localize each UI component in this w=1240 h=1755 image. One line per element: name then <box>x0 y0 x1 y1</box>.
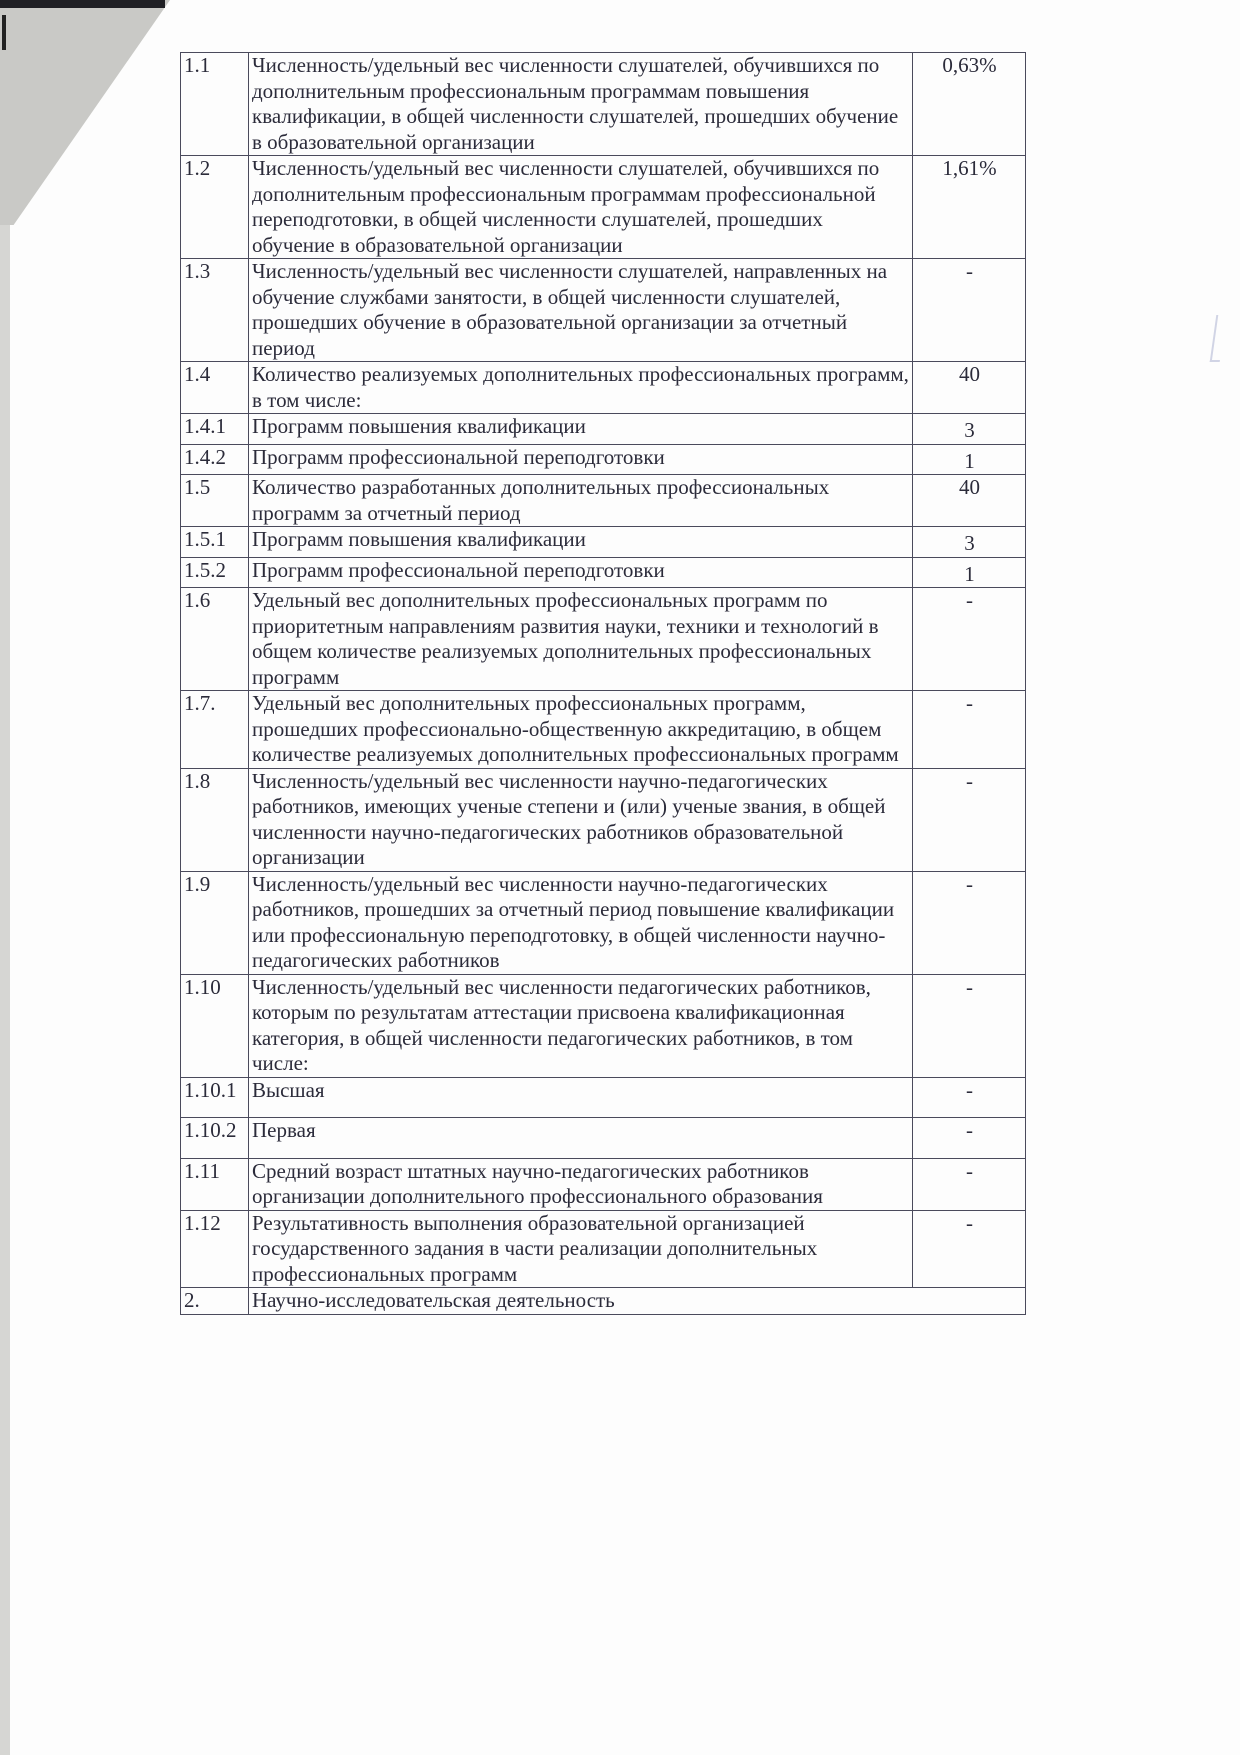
table-row: 1.10.1Высшая- <box>181 1077 1026 1118</box>
table-row: 1.7.Удельный вес дополнительных професси… <box>181 691 1026 769</box>
indicator-name: Программ повышения квалификации <box>249 527 913 558</box>
scan-border <box>0 0 10 1755</box>
indicator-name: Первая <box>249 1118 913 1159</box>
indicator-name: Средний возраст штатных научно-педагогич… <box>249 1158 913 1210</box>
indicator-number: 1.6 <box>181 588 249 691</box>
indicators-table: 1.1Численность/удельный вес численности … <box>180 52 1026 1315</box>
indicator-name: Численность/удельный вес численности нау… <box>249 871 913 974</box>
table-row: 1.8Численность/удельный вес численности … <box>181 768 1026 871</box>
indicator-value: - <box>913 588 1026 691</box>
table-row: 1.3Численность/удельный вес численности … <box>181 259 1026 362</box>
indicator-name: Результативность выполнения образователь… <box>249 1210 913 1288</box>
table-row: 1.5.1Программ повышения квалификации3 <box>181 527 1026 558</box>
indicator-name: Высшая <box>249 1077 913 1118</box>
table-row: 1.9Численность/удельный вес численности … <box>181 871 1026 974</box>
indicator-value: 1 <box>913 444 1026 475</box>
indicator-name: Количество реализуемых дополнительных пр… <box>249 362 913 414</box>
indicator-value: 3 <box>913 527 1026 558</box>
indicator-name: Программ профессиональной переподготовки <box>249 557 913 588</box>
indicator-number: 1.10 <box>181 974 249 1077</box>
indicator-number: 1.4 <box>181 362 249 414</box>
indicator-value: - <box>913 974 1026 1077</box>
indicator-value: 1 <box>913 557 1026 588</box>
indicator-name: Численность/удельный вес численности нау… <box>249 768 913 871</box>
indicator-value: 1,61% <box>913 156 1026 259</box>
indicator-value: - <box>913 1118 1026 1159</box>
indicator-number: 1.10.1 <box>181 1077 249 1118</box>
indicator-value: - <box>913 1077 1026 1118</box>
indicator-name: Удельный вес дополнительных профессионал… <box>249 588 913 691</box>
indicator-number: 1.4.1 <box>181 414 249 445</box>
table-row: 1.11Средний возраст штатных научно-педаг… <box>181 1158 1026 1210</box>
indicator-name: Удельный вес дополнительных профессионал… <box>249 691 913 769</box>
indicator-number: 2. <box>181 1288 249 1315</box>
indicator-name: Численность/удельный вес численности слу… <box>249 156 913 259</box>
indicator-number: 1.5.2 <box>181 557 249 588</box>
indicator-number: 1.11 <box>181 1158 249 1210</box>
table-row: 1.4Количество реализуемых дополнительных… <box>181 362 1026 414</box>
section-title: Научно-исследовательская деятельность <box>249 1288 1026 1315</box>
indicator-number: 1.4.2 <box>181 444 249 475</box>
indicator-number: 1.3 <box>181 259 249 362</box>
indicator-number: 1.7. <box>181 691 249 769</box>
indicator-number: 1.5.1 <box>181 527 249 558</box>
table-row: 1.5.2Программ профессиональной переподго… <box>181 557 1026 588</box>
scan-stray-mark <box>1210 315 1227 362</box>
indicator-number: 1.5 <box>181 475 249 527</box>
indicator-value: 40 <box>913 362 1026 414</box>
indicator-name: Программ повышения квалификации <box>249 414 913 445</box>
table-row: 1.1Численность/удельный вес численности … <box>181 53 1026 156</box>
table-row: 1.2Численность/удельный вес численности … <box>181 156 1026 259</box>
indicator-value: 3 <box>913 414 1026 445</box>
indicator-number: 1.9 <box>181 871 249 974</box>
table-row: 1.10Численность/удельный вес численности… <box>181 974 1026 1077</box>
indicator-value: - <box>913 768 1026 871</box>
table-row: 1.6Удельный вес дополнительных профессио… <box>181 588 1026 691</box>
indicator-value: 40 <box>913 475 1026 527</box>
scan-folded-corner <box>0 0 170 225</box>
indicator-number: 1.10.2 <box>181 1118 249 1159</box>
scan-border <box>2 15 6 50</box>
table-row: 1.4.1Программ повышения квалификации3 <box>181 414 1026 445</box>
indicator-value: - <box>913 259 1026 362</box>
table-row: 1.12Результативность выполнения образова… <box>181 1210 1026 1288</box>
indicator-value: - <box>913 1158 1026 1210</box>
indicator-value: - <box>913 1210 1026 1288</box>
indicator-number: 1.1 <box>181 53 249 156</box>
indicator-number: 1.2 <box>181 156 249 259</box>
indicator-name: Программ профессиональной переподготовки <box>249 444 913 475</box>
scan-border <box>0 0 165 8</box>
indicator-name: Численность/удельный вес численности слу… <box>249 259 913 362</box>
indicator-name: Количество разработанных дополнительных … <box>249 475 913 527</box>
table-row: 1.10.2Первая- <box>181 1118 1026 1159</box>
table-row: 1.5Количество разработанных дополнительн… <box>181 475 1026 527</box>
section-row: 2. Научно-исследовательская деятельность <box>181 1288 1026 1315</box>
table-row: 1.4.2Программ профессиональной переподго… <box>181 444 1026 475</box>
indicator-value: - <box>913 691 1026 769</box>
indicator-name: Численность/удельный вес численности слу… <box>249 53 913 156</box>
indicator-number: 1.8 <box>181 768 249 871</box>
indicator-value: 0,63% <box>913 53 1026 156</box>
indicator-name: Численность/удельный вес численности пед… <box>249 974 913 1077</box>
indicator-number: 1.12 <box>181 1210 249 1288</box>
indicator-value: - <box>913 871 1026 974</box>
